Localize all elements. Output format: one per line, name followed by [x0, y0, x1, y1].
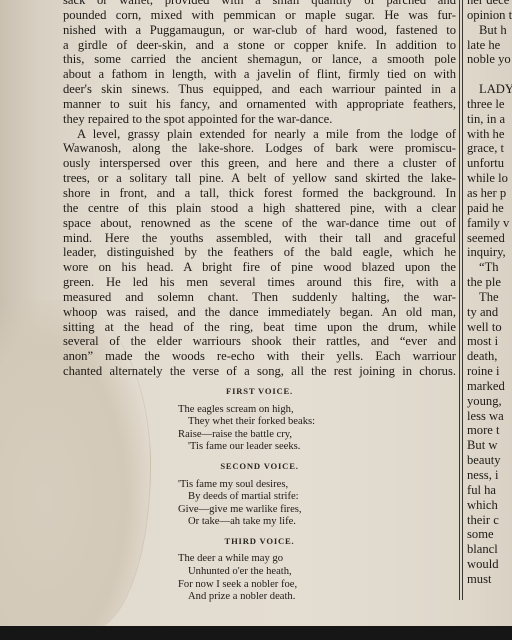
text-line: The	[467, 290, 512, 305]
text-line: deer's skin sinews. Thus equipped, and e…	[63, 82, 456, 97]
verse-line: By deeds of martial strife:	[178, 491, 456, 504]
text-line: three le	[467, 97, 512, 112]
text-line: several of the elder warriours shook the…	[63, 334, 456, 349]
text-line: ously interspersed over this green, and …	[63, 156, 456, 171]
dark-background-edge	[0, 626, 512, 640]
second-voice-heading: SECOND VOICE.	[63, 460, 456, 473]
text-line: unfortu	[467, 156, 512, 171]
text-line: which	[467, 498, 512, 513]
text-line: their c	[467, 513, 512, 528]
verse-line: And prize a nobler death.	[178, 591, 456, 604]
text-line: seemed	[467, 231, 512, 246]
text-line: beauty	[467, 453, 512, 468]
text-line: mind. Here the youths assembled, with th…	[63, 231, 456, 246]
text-line: ty and	[467, 305, 512, 320]
text-line: while lo	[467, 171, 512, 186]
text-line: sack or wallet, provided with a small qu…	[63, 0, 456, 8]
text-line: less wa	[467, 409, 512, 424]
text-line: young,	[467, 394, 512, 409]
verse-line: Raise—raise the battle cry,	[178, 429, 456, 442]
text-line: roine i	[467, 364, 512, 379]
text-line: late he	[467, 38, 512, 53]
text-line: shore in front, and a tall, thick forest…	[63, 186, 456, 201]
text-line: measured and solemn chant. Then suddenly…	[63, 290, 456, 305]
verse-line: For now I seek a nobler foe,	[178, 579, 456, 592]
verse-line: 'Tis fame our leader seeks.	[178, 441, 456, 454]
text-line	[467, 67, 512, 82]
text-line: anon” made the woods re-echo with their …	[63, 349, 456, 364]
verse-line: Unhunted o'er the heath,	[178, 566, 456, 579]
text-line: blancl	[467, 542, 512, 557]
text-line: a girdle of deer-skin, and a stone or co…	[63, 38, 456, 53]
column-rule	[459, 0, 460, 600]
text-line: the ple	[467, 275, 512, 290]
war-song-poem: FIRST VOICE. The eagles scream on high, …	[63, 385, 456, 604]
main-article-column: sack or wallet, provided with a small qu…	[63, 0, 456, 610]
text-line: manner to suit his fancy, and ornamented…	[63, 97, 456, 112]
text-line: they repaired to the spot appointed for …	[63, 112, 456, 127]
verse-line: They whet their forked beaks:	[178, 416, 456, 429]
text-line: with he	[467, 127, 512, 142]
text-line: must	[467, 572, 512, 587]
text-line: would	[467, 557, 512, 572]
text-line: her dece	[467, 0, 512, 8]
text-line: LADY	[467, 82, 512, 97]
text-line: this, some carried the ancient shemagun,…	[63, 52, 456, 67]
paragraph-1: sack or wallet, provided with a small qu…	[63, 0, 456, 127]
text-line: noble yo	[467, 52, 512, 67]
verse-line: The eagles scream on high,	[178, 404, 456, 417]
text-line: But w	[467, 438, 512, 453]
text-line: death,	[467, 349, 512, 364]
third-voice-stanza: The deer a while may go Unhunted o'er th…	[178, 553, 456, 603]
text-line: “Th	[467, 260, 512, 275]
text-line: wore on his head. A bright fire of pine …	[63, 260, 456, 275]
text-line: space about, renowned as the scene of th…	[63, 216, 456, 231]
text-line: sitting at the head of the ring, beat ti…	[63, 320, 456, 335]
verse-line: The deer a while may go	[178, 553, 456, 566]
text-line: pounded corn, mixed with pemmican or map…	[63, 8, 456, 23]
text-line: more t	[467, 423, 512, 438]
text-line: some	[467, 527, 512, 542]
second-voice-stanza: 'Tis fame my soul desires, By deeds of m…	[178, 479, 456, 529]
text-line: most i	[467, 334, 512, 349]
text-line: the centre of this plain stood a high sh…	[63, 201, 456, 216]
text-line: about a fathom in length, with a javelin…	[63, 67, 456, 82]
verse-line: Give—give me warlike fires,	[178, 504, 456, 517]
text-line: A level, grassy plain extended for nearl…	[63, 127, 456, 142]
text-line: paid he	[467, 201, 512, 216]
paragraph-2: A level, grassy plain extended for nearl…	[63, 127, 456, 379]
column-rule	[462, 0, 463, 600]
third-voice-heading: THIRD VOICE.	[63, 535, 456, 548]
text-line: leader, distinguished by the feathers of…	[63, 245, 456, 260]
verse-line: Or take—ah take my life.	[178, 516, 456, 529]
newspaper-page: sack or wallet, provided with a small qu…	[0, 0, 512, 626]
text-line: chanted alternately the verse of a song,…	[63, 364, 456, 379]
text-line: ness, i	[467, 468, 512, 483]
text-line: Wawanosh, along the lake-shore. Lodges o…	[63, 141, 456, 156]
first-voice-stanza: The eagles scream on high, They whet the…	[178, 404, 456, 454]
text-line: ful ha	[467, 483, 512, 498]
text-line: inquiry,	[467, 245, 512, 260]
text-line: family v	[467, 216, 512, 231]
text-line: grace, t	[467, 141, 512, 156]
verse-line: 'Tis fame my soul desires,	[178, 479, 456, 492]
text-line: well to	[467, 320, 512, 335]
adjacent-column-fragment: her dece opinion t But h late he noble y…	[467, 0, 512, 587]
text-line: nished with a Puggamaugun, or war-club o…	[63, 23, 456, 38]
text-line: tin, in a	[467, 112, 512, 127]
text-line: But h	[467, 23, 512, 38]
first-voice-heading: FIRST VOICE.	[63, 385, 456, 398]
text-line: trees, or a solitary tall pine. A belt o…	[63, 171, 456, 186]
text-line: whoop was raised, and the dance immediat…	[63, 305, 456, 320]
text-line: marked	[467, 379, 512, 394]
text-line: green. He led his men several times arou…	[63, 275, 456, 290]
text-line: opinion t	[467, 8, 512, 23]
text-line: as her p	[467, 186, 512, 201]
